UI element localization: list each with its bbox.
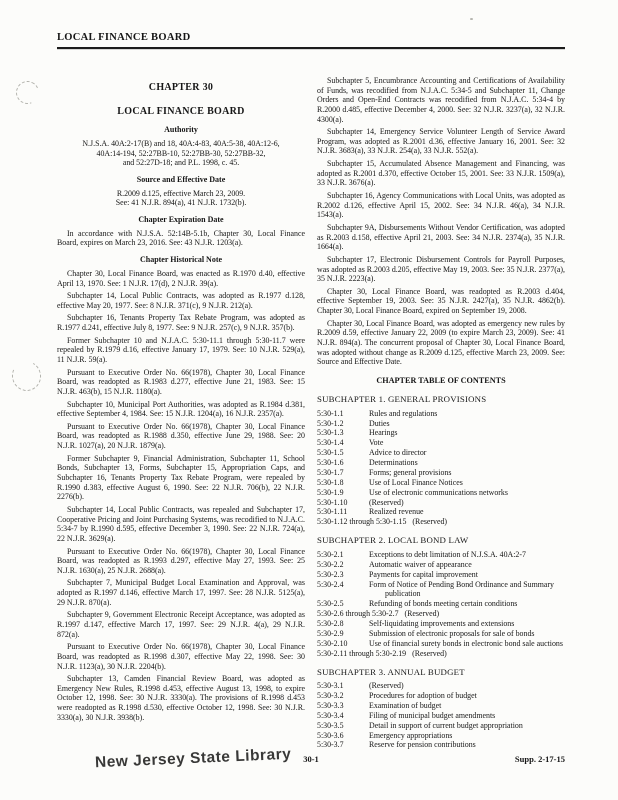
toc-entry-title: Use of Local Finance Notices [369, 478, 565, 488]
toc-entry-number: 5:30-2.4 [317, 580, 363, 600]
historical-note-paragraph: Subchapter 14, Emergency Service Volunte… [317, 127, 565, 156]
toc-entry: 5:30-2.2 Automatic waiver of appearance [317, 560, 565, 570]
toc-entry-number: 5:30-3.4 [317, 711, 363, 721]
toc-entry-title: Use of electronic communications network… [369, 488, 565, 498]
historical-note-paragraph: Subchapter 9A, Disbursements Without Ven… [317, 223, 565, 252]
toc-entry-title: Exceptions to debt limitation of N.J.S.A… [369, 550, 565, 560]
toc-entry: 5:30-2.9 Submission of electronic propos… [317, 629, 565, 639]
historical-note-paragraph: Subchapter 14, Local Public Contracts, w… [57, 291, 305, 310]
historical-note-paragraphs: Chapter 30, Local Finance Board, was ena… [57, 269, 305, 723]
toc-entry-number: 5:30-3.3 [317, 701, 363, 711]
historical-note-paragraph: Subchapter 16, Agency Communications wit… [317, 191, 565, 220]
toc-entry-number: 5:30-1.11 [317, 507, 363, 517]
toc-entry: 5:30-1.3 Hearings [317, 428, 565, 438]
toc-entry: 5:30-1.6 Determinations [317, 458, 565, 468]
toc-entry: 5:30-1.2 Duties [317, 419, 565, 429]
toc-entry-title: Forms; general provisions [369, 468, 565, 478]
toc-entry-title: Vote [369, 438, 565, 448]
historical-note-paragraph: Subchapter 5, Encumbrance Accounting and… [317, 76, 565, 124]
historical-note-heading: Chapter Historical Note [57, 255, 305, 265]
toc-entry-title: Rules and regulations [369, 409, 565, 419]
historical-note-paragraph: Pursuant to Executive Order No. 66(1978)… [57, 547, 305, 576]
running-header: LOCAL FINANCE BOARD [57, 32, 190, 43]
toc-entry-title: Refunding of bonds meeting certain condi… [369, 599, 565, 609]
toc-entry-title: Payments for capital improvement [369, 570, 565, 580]
toc-entry: 5:30-1.11 Realized revenue [317, 507, 565, 517]
toc-entry-title: Use of financial surety bonds in electro… [369, 639, 565, 649]
subchapter-3-toc: 5:30-3.1 (Reserved) 5:30-3.2 Procedures … [317, 681, 565, 750]
table-of-contents-heading: CHAPTER TABLE OF CONTENTS [317, 376, 565, 386]
toc-entry-title: Emergency appropriations [369, 731, 565, 741]
toc-entry: 5:30-3.6 Emergency appropriations [317, 731, 565, 741]
chapter-title: LOCAL FINANCE BOARD [57, 106, 305, 118]
toc-entry: 5:30-2.8 Self-liquidating improvements a… [317, 619, 565, 629]
toc-entry-title: Form of Notice of Pending Bond Ordinance… [369, 580, 565, 600]
toc-entry: 5:30-2.11 through 5:30-2.19 (Reserved) [317, 649, 565, 659]
toc-entry-number: 5:30-1.2 [317, 419, 363, 429]
historical-note-paragraph: Chapter 30, Local Finance Board, was rea… [317, 287, 565, 316]
toc-entry-number: 5:30-2.9 [317, 629, 363, 639]
source-heading: Source and Effective Date [57, 175, 305, 185]
toc-entry-title: Hearings [369, 428, 565, 438]
toc-entry-title: Submission of electronic proposals for s… [369, 629, 565, 639]
subchapter-1-toc: 5:30-1.1 Rules and regulations 5:30-1.2 … [317, 409, 565, 528]
toc-entry-title: Detail in support of current budget appr… [369, 721, 565, 731]
toc-entry: 5:30-1.4 Vote [317, 438, 565, 448]
toc-entry: 5:30-2.6 through 5:30-2.7 (Reserved) [317, 609, 565, 619]
source-text-line: See: 41 N.J.R. 894(a), 41 N.J.R. 1732(b)… [57, 198, 305, 208]
authority-citation-line: N.J.S.A. 40A:2-17(B) and 18, 40A:4-83, 4… [57, 139, 305, 149]
toc-entry-number: 5:30-2.3 [317, 570, 363, 580]
toc-entry: 5:30-1.5 Advice to director [317, 448, 565, 458]
toc-entry-title: Automatic waiver of appearance [369, 560, 565, 570]
toc-entry-title: Filing of municipal budget amendments [369, 711, 565, 721]
historical-note-paragraph: Subchapter 7, Municipal Budget Local Exa… [57, 578, 305, 607]
historical-note-paragraph: Pursuant to Executive Order No. 66(1978)… [57, 642, 305, 671]
hole-punch-mark-icon [12, 77, 43, 108]
toc-entry-title: (Reserved) [369, 681, 565, 691]
toc-entry-title: (Reserved) [412, 517, 565, 527]
toc-entry-number: 5:30-1.8 [317, 478, 363, 488]
chapter-number: CHAPTER 30 [57, 82, 305, 94]
toc-entry-number: 5:30-1.12 through 5:30-1.15 [317, 517, 406, 527]
historical-note-paragraph: Former Subchapter 9, Financial Administr… [57, 454, 305, 502]
header-rule [57, 47, 565, 49]
two-column-body: CHAPTER 30 LOCAL FINANCE BOARD Authority… [57, 76, 565, 750]
toc-entry-title: Realized revenue [369, 507, 565, 517]
toc-entry-title: Self-liquidating improvements and extens… [369, 619, 565, 629]
running-header-title: LOCAL FINANCE BOARD [57, 32, 190, 43]
toc-entry: 5:30-2.1 Exceptions to debt limitation o… [317, 550, 565, 560]
toc-entry-number: 5:30-1.4 [317, 438, 363, 448]
right-column: Subchapter 5, Encumbrance Accounting and… [317, 76, 565, 750]
subchapter-1-heading: SUBCHAPTER 1. GENERAL PROVISIONS [317, 394, 565, 405]
authority-citation-line: and 52:27D-18; and P.L. 1998, c. 45. [57, 158, 305, 168]
expiration-paragraph: In accordance with N.J.S.A. 52:14B-5.1b,… [57, 229, 305, 248]
historical-note-paragraph: Subchapter 9, Government Electronic Rece… [57, 610, 305, 639]
authority-citation-line: 40A:14-194, 52:27BB-10, 52:27BB-30, 52:2… [57, 149, 305, 159]
toc-entry-title: (Reserved) [405, 609, 565, 619]
toc-entry-number: 5:30-3.2 [317, 691, 363, 701]
toc-entry-number: 5:30-1.10 [317, 498, 363, 508]
historical-note-paragraph: Subchapter 14, Local Public Contracts, w… [57, 505, 305, 544]
toc-entry-number: 5:30-1.7 [317, 468, 363, 478]
source-text-line: R.2009 d.125, effective March 23, 2009. [57, 189, 305, 199]
toc-entry: 5:30-3.5 Detail in support of current bu… [317, 721, 565, 731]
toc-entry-number: 5:30-1.1 [317, 409, 363, 419]
toc-entry-title: Determinations [369, 458, 565, 468]
historical-note-paragraphs-continued: Subchapter 5, Encumbrance Accounting and… [317, 76, 565, 367]
toc-entry-number: 5:30-1.6 [317, 458, 363, 468]
historical-note-paragraph: Pursuant to Executive Order No. 66(1978)… [57, 368, 305, 397]
authority-citation: N.J.S.A. 40A:2-17(B) and 18, 40A:4-83, 4… [57, 139, 305, 168]
historical-note-paragraph: Subchapter 15, Accumulated Absence Manag… [317, 159, 565, 188]
source-text: R.2009 d.125, effective March 23, 2009.S… [57, 189, 305, 208]
toc-entry: 5:30-2.5 Refunding of bonds meeting cert… [317, 599, 565, 609]
subchapter-2-heading: SUBCHAPTER 2. LOCAL BOND LAW [317, 535, 565, 546]
historical-note-paragraph: Subchapter 10, Municipal Port Authoritie… [57, 400, 305, 419]
historical-note-paragraph: Subchapter 13, Camden Financial Review B… [57, 674, 305, 722]
page-footer: New Jersey State Library 30-1 Supp. 2-17… [57, 748, 565, 784]
toc-entry-number: 5:30-3.5 [317, 721, 363, 731]
toc-entry-number: 5:30-2.5 [317, 599, 363, 609]
expiration-heading: Chapter Expiration Date [57, 215, 305, 225]
toc-entry-number: 5:30-1.3 [317, 428, 363, 438]
toc-entry: 5:30-1.9 Use of electronic communication… [317, 488, 565, 498]
left-column: CHAPTER 30 LOCAL FINANCE BOARD Authority… [57, 76, 305, 750]
toc-entry: 5:30-2.10 Use of financial surety bonds … [317, 639, 565, 649]
historical-note-paragraph: Chapter 30, Local Finance Board, was ado… [317, 319, 565, 367]
toc-entry-number: 5:30-3.1 [317, 681, 363, 691]
toc-entry: 5:30-3.1 (Reserved) [317, 681, 565, 691]
toc-entry-title: Duties [369, 419, 565, 429]
scan-speck-icon [470, 18, 473, 20]
subchapter-3-heading: SUBCHAPTER 3. ANNUAL BUDGET [317, 667, 565, 678]
toc-entry: 5:30-2.4 Form of Notice of Pending Bond … [317, 580, 565, 600]
toc-entry: 5:30-3.2 Procedures for adoption of budg… [317, 691, 565, 701]
toc-entry-number: 5:30-3.6 [317, 731, 363, 741]
toc-entry-title: Advice to director [369, 448, 565, 458]
toc-entry: 5:30-2.3 Payments for capital improvemen… [317, 570, 565, 580]
document-page: LOCAL FINANCE BOARD CHAPTER 30 LOCAL FIN… [0, 0, 618, 800]
toc-entry-number: 5:30-1.9 [317, 488, 363, 498]
subchapter-2-toc: 5:30-2.1 Exceptions to debt limitation o… [317, 550, 565, 659]
historical-note-paragraph: Subchapter 16, Tenants Property Tax Reba… [57, 313, 305, 332]
toc-entry: 5:30-1.7 Forms; general provisions [317, 468, 565, 478]
toc-entry-number: 5:30-2.1 [317, 550, 363, 560]
toc-entry-number: 5:30-2.6 through 5:30-2.7 [317, 609, 399, 619]
toc-entry: 5:30-1.12 through 5:30-1.15 (Reserved) [317, 517, 565, 527]
historical-note-paragraph: Subchapter 17, Electronic Disbursement C… [317, 255, 565, 284]
toc-entry: 5:30-1.1 Rules and regulations [317, 409, 565, 419]
toc-entry-number: 5:30-2.11 through 5:30-2.19 [317, 649, 406, 659]
hole-punch-mark-icon [9, 358, 45, 394]
toc-entry-number: 5:30-1.5 [317, 448, 363, 458]
toc-entry-number: 5:30-2.2 [317, 560, 363, 570]
toc-entry-title: (Reserved) [369, 498, 565, 508]
toc-entry-title: Examination of budget [369, 701, 565, 711]
historical-note-paragraph: Pursuant to Executive Order No. 66(1978)… [57, 422, 305, 451]
toc-entry: 5:30-1.8 Use of Local Finance Notices [317, 478, 565, 488]
page-number: 30-1 [57, 754, 565, 764]
toc-entry-title: (Reserved) [412, 649, 565, 659]
toc-entry: 5:30-3.3 Examination of budget [317, 701, 565, 711]
toc-entry: 5:30-3.4 Filing of municipal budget amen… [317, 711, 565, 721]
supplement-date: Supp. 2-17-15 [515, 754, 565, 764]
toc-entry: 5:30-1.10 (Reserved) [317, 498, 565, 508]
historical-note-paragraph: Chapter 30, Local Finance Board, was ena… [57, 269, 305, 288]
authority-heading: Authority [57, 125, 305, 135]
toc-entry-number: 5:30-2.10 [317, 639, 363, 649]
toc-entry-title: Procedures for adoption of budget [369, 691, 565, 701]
toc-entry-number: 5:30-2.8 [317, 619, 363, 629]
historical-note-paragraph: Former Subchapter 10 and N.J.A.C. 5:30-1… [57, 336, 305, 365]
